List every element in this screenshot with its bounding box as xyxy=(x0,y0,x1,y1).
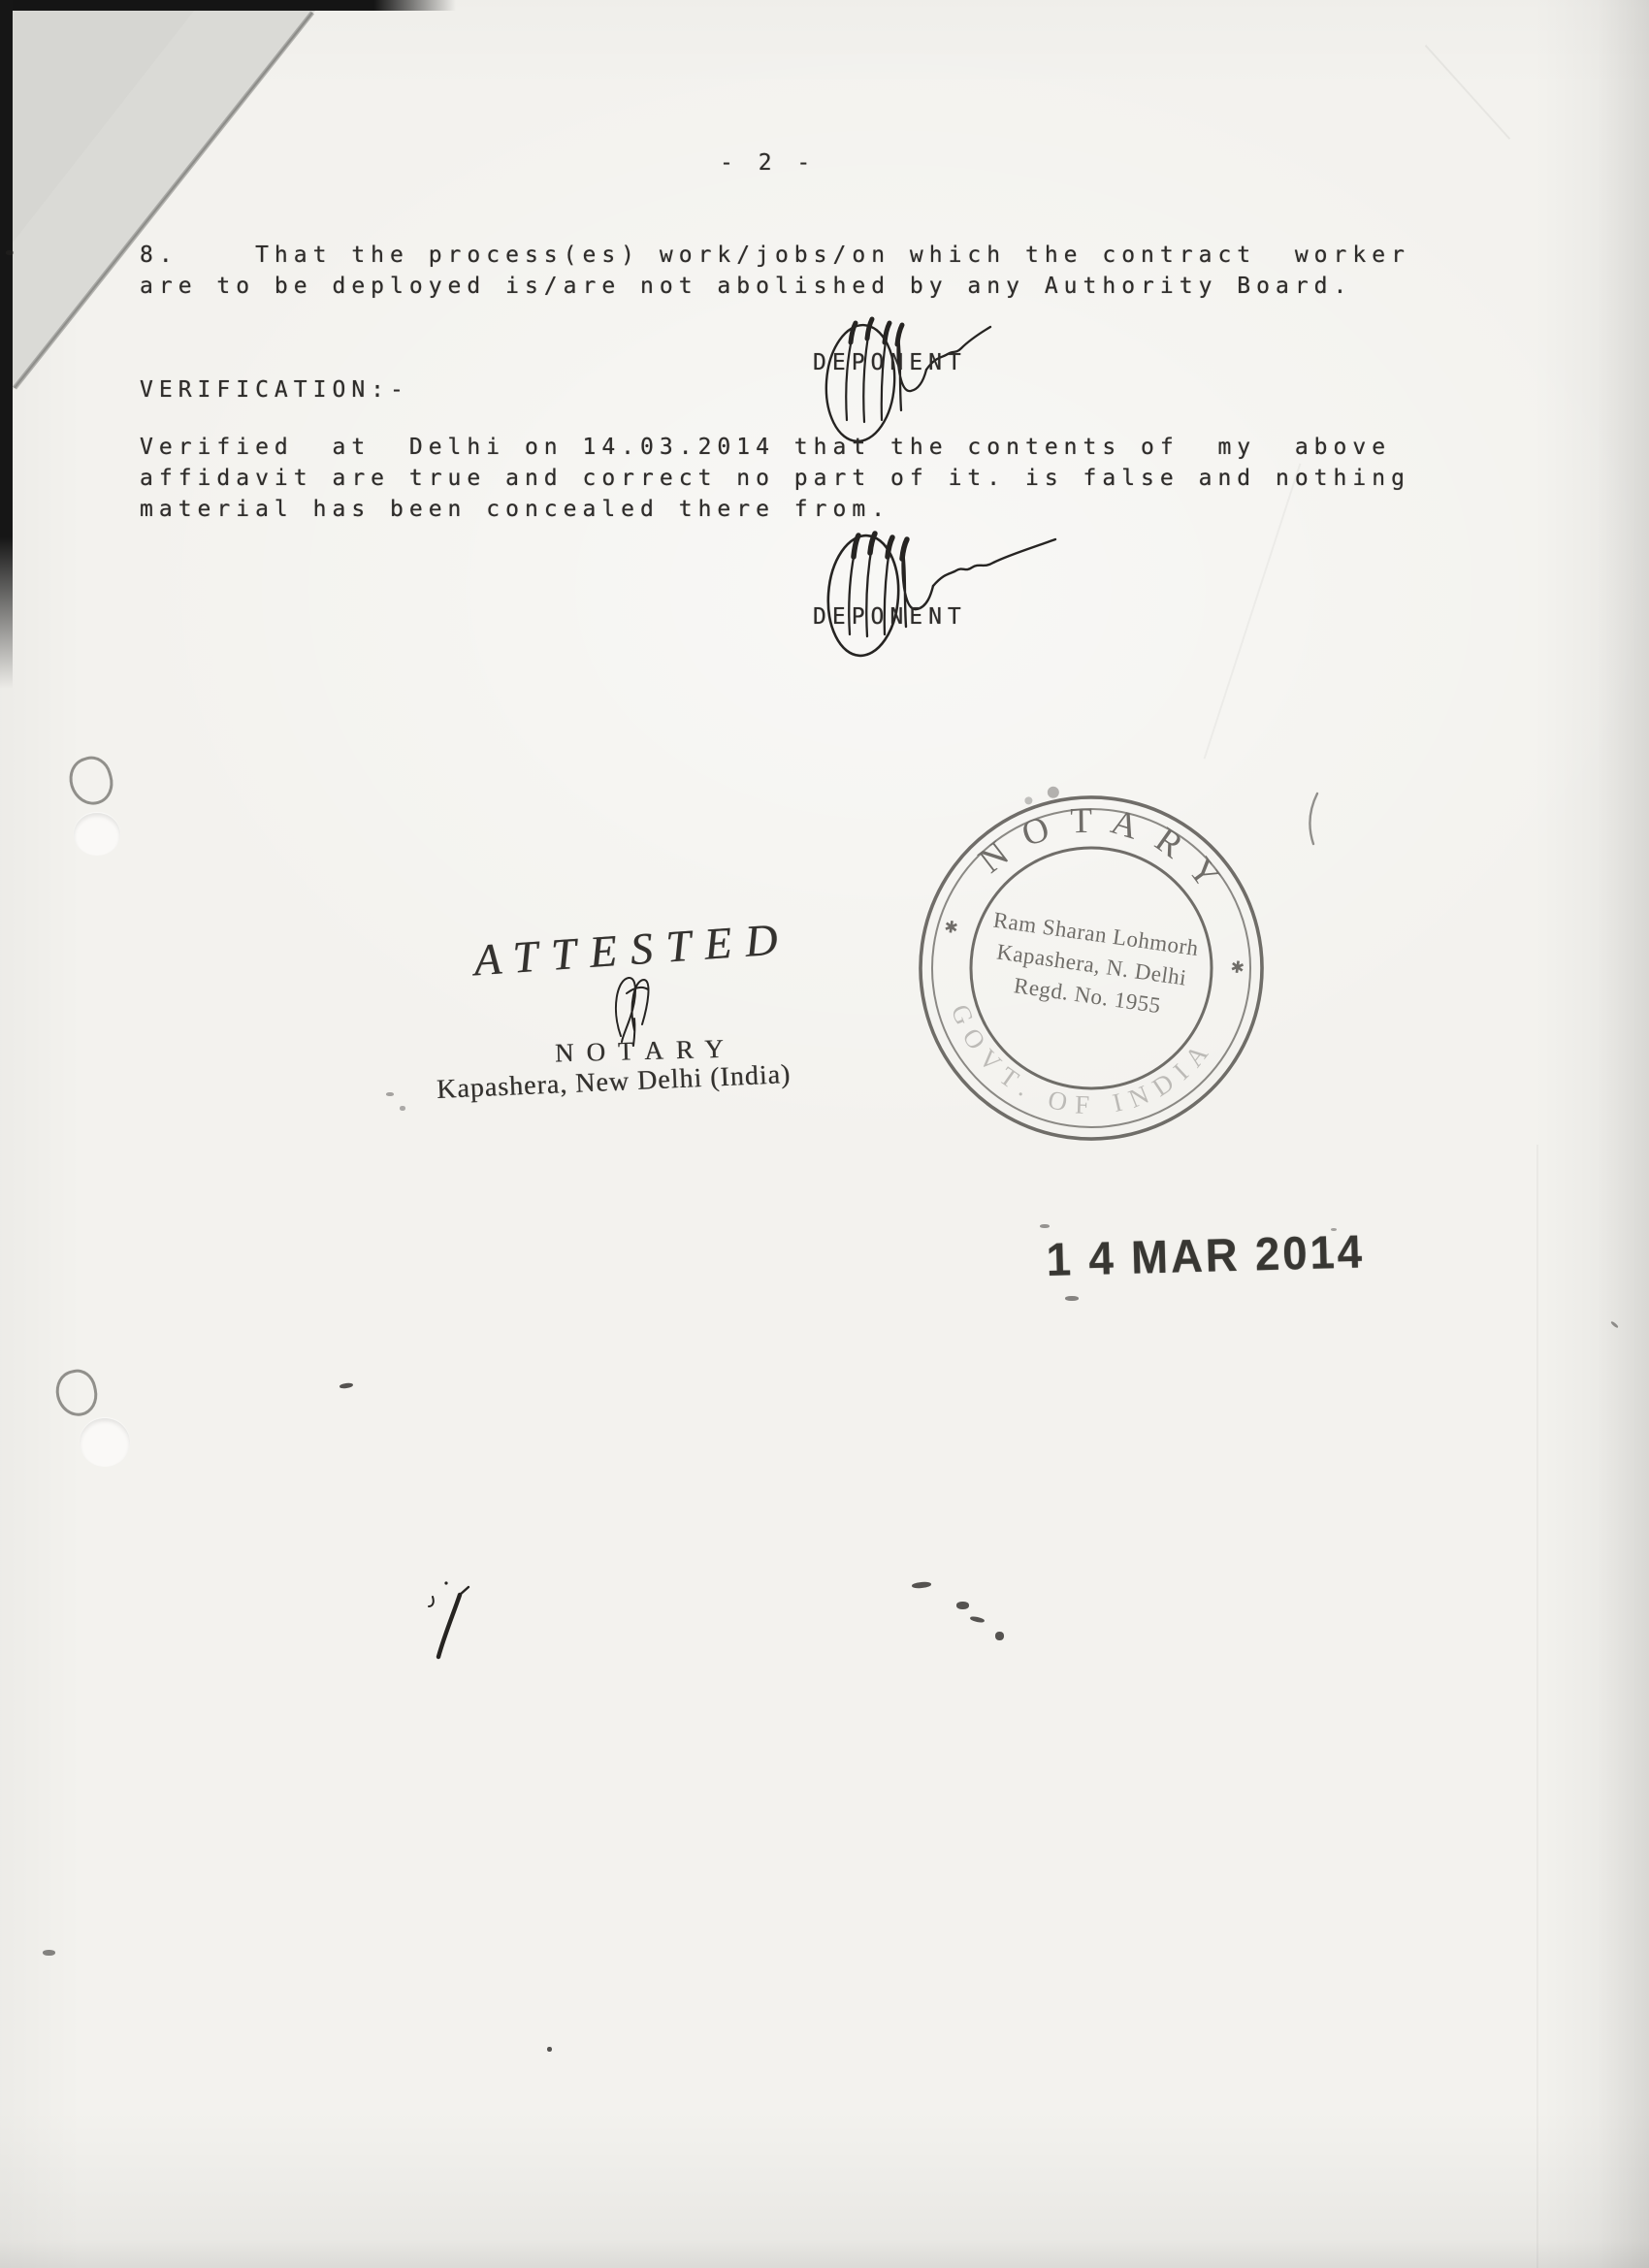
ink-speck xyxy=(339,1382,354,1389)
ink-speck xyxy=(1610,1320,1619,1328)
ink-speck xyxy=(956,1602,969,1609)
deponent-label-1: DEPONENT xyxy=(813,347,967,378)
crease-right-edge xyxy=(1597,0,1649,2268)
ink-speck xyxy=(400,1106,405,1111)
verification-line-1: Verified at Delhi on 14.03.2014 that the… xyxy=(140,432,1391,463)
clause-8-line-1: 8. That the process(es) work/jobs/on whi… xyxy=(140,240,1410,271)
stamp-ink-blot xyxy=(1024,796,1033,805)
punch-hole-emboss xyxy=(74,813,120,856)
ink-speck xyxy=(547,2047,552,2052)
folded-corner-triangle xyxy=(0,0,427,417)
stamp-star-left-icon: ✱ xyxy=(943,918,959,939)
ink-speck xyxy=(6,250,14,255)
deponent-signature-2 xyxy=(805,514,1067,658)
punch-hole-ring xyxy=(51,1366,101,1420)
ink-speck xyxy=(43,1950,55,1956)
punch-hole-ring xyxy=(64,752,118,810)
verification-line-2: affidavit are true and correct no part o… xyxy=(140,463,1410,494)
crease-top-right xyxy=(1425,45,1510,140)
page-number: - 2 - xyxy=(720,147,816,178)
stamp-star-right-icon: ✱ xyxy=(1229,957,1245,979)
crease-vertical xyxy=(1536,1145,1538,2268)
crease-bottom-edge xyxy=(0,2239,1649,2268)
scanned-affidavit-page: - 2 - 8. That the process(es) work/jobs/… xyxy=(0,0,1649,2268)
crease-tick xyxy=(1304,792,1327,848)
ink-speck xyxy=(386,1092,394,1096)
ink-speck xyxy=(970,1615,986,1623)
date-stamp: 1 4 MAR 2014 xyxy=(1046,1225,1366,1287)
clause-8-line-2: are to be deployed is/are not abolished … xyxy=(140,271,1352,302)
verification-heading: VERIFICATION:- xyxy=(140,374,409,405)
verification-line-3: material has been concealed there from. xyxy=(140,494,890,525)
punch-hole-emboss xyxy=(80,1418,130,1467)
stamp-ink-blot xyxy=(1047,786,1060,799)
ink-speck xyxy=(1065,1296,1079,1301)
ink-speck xyxy=(1040,1224,1050,1228)
crease-diagonal xyxy=(1204,464,1302,760)
ink-speck xyxy=(912,1581,931,1589)
ink-scratch xyxy=(425,1577,473,1667)
deponent-label-2: DEPONENT xyxy=(813,601,967,632)
ink-speck xyxy=(995,1632,1004,1640)
notary-round-stamp: NOTARY GOVT. OF INDIA Ram Sharan Lohmorh… xyxy=(868,745,1314,1191)
attestation-location: Kapashera, New Delhi (India) xyxy=(436,1059,791,1106)
ink-speck xyxy=(1331,1228,1337,1231)
